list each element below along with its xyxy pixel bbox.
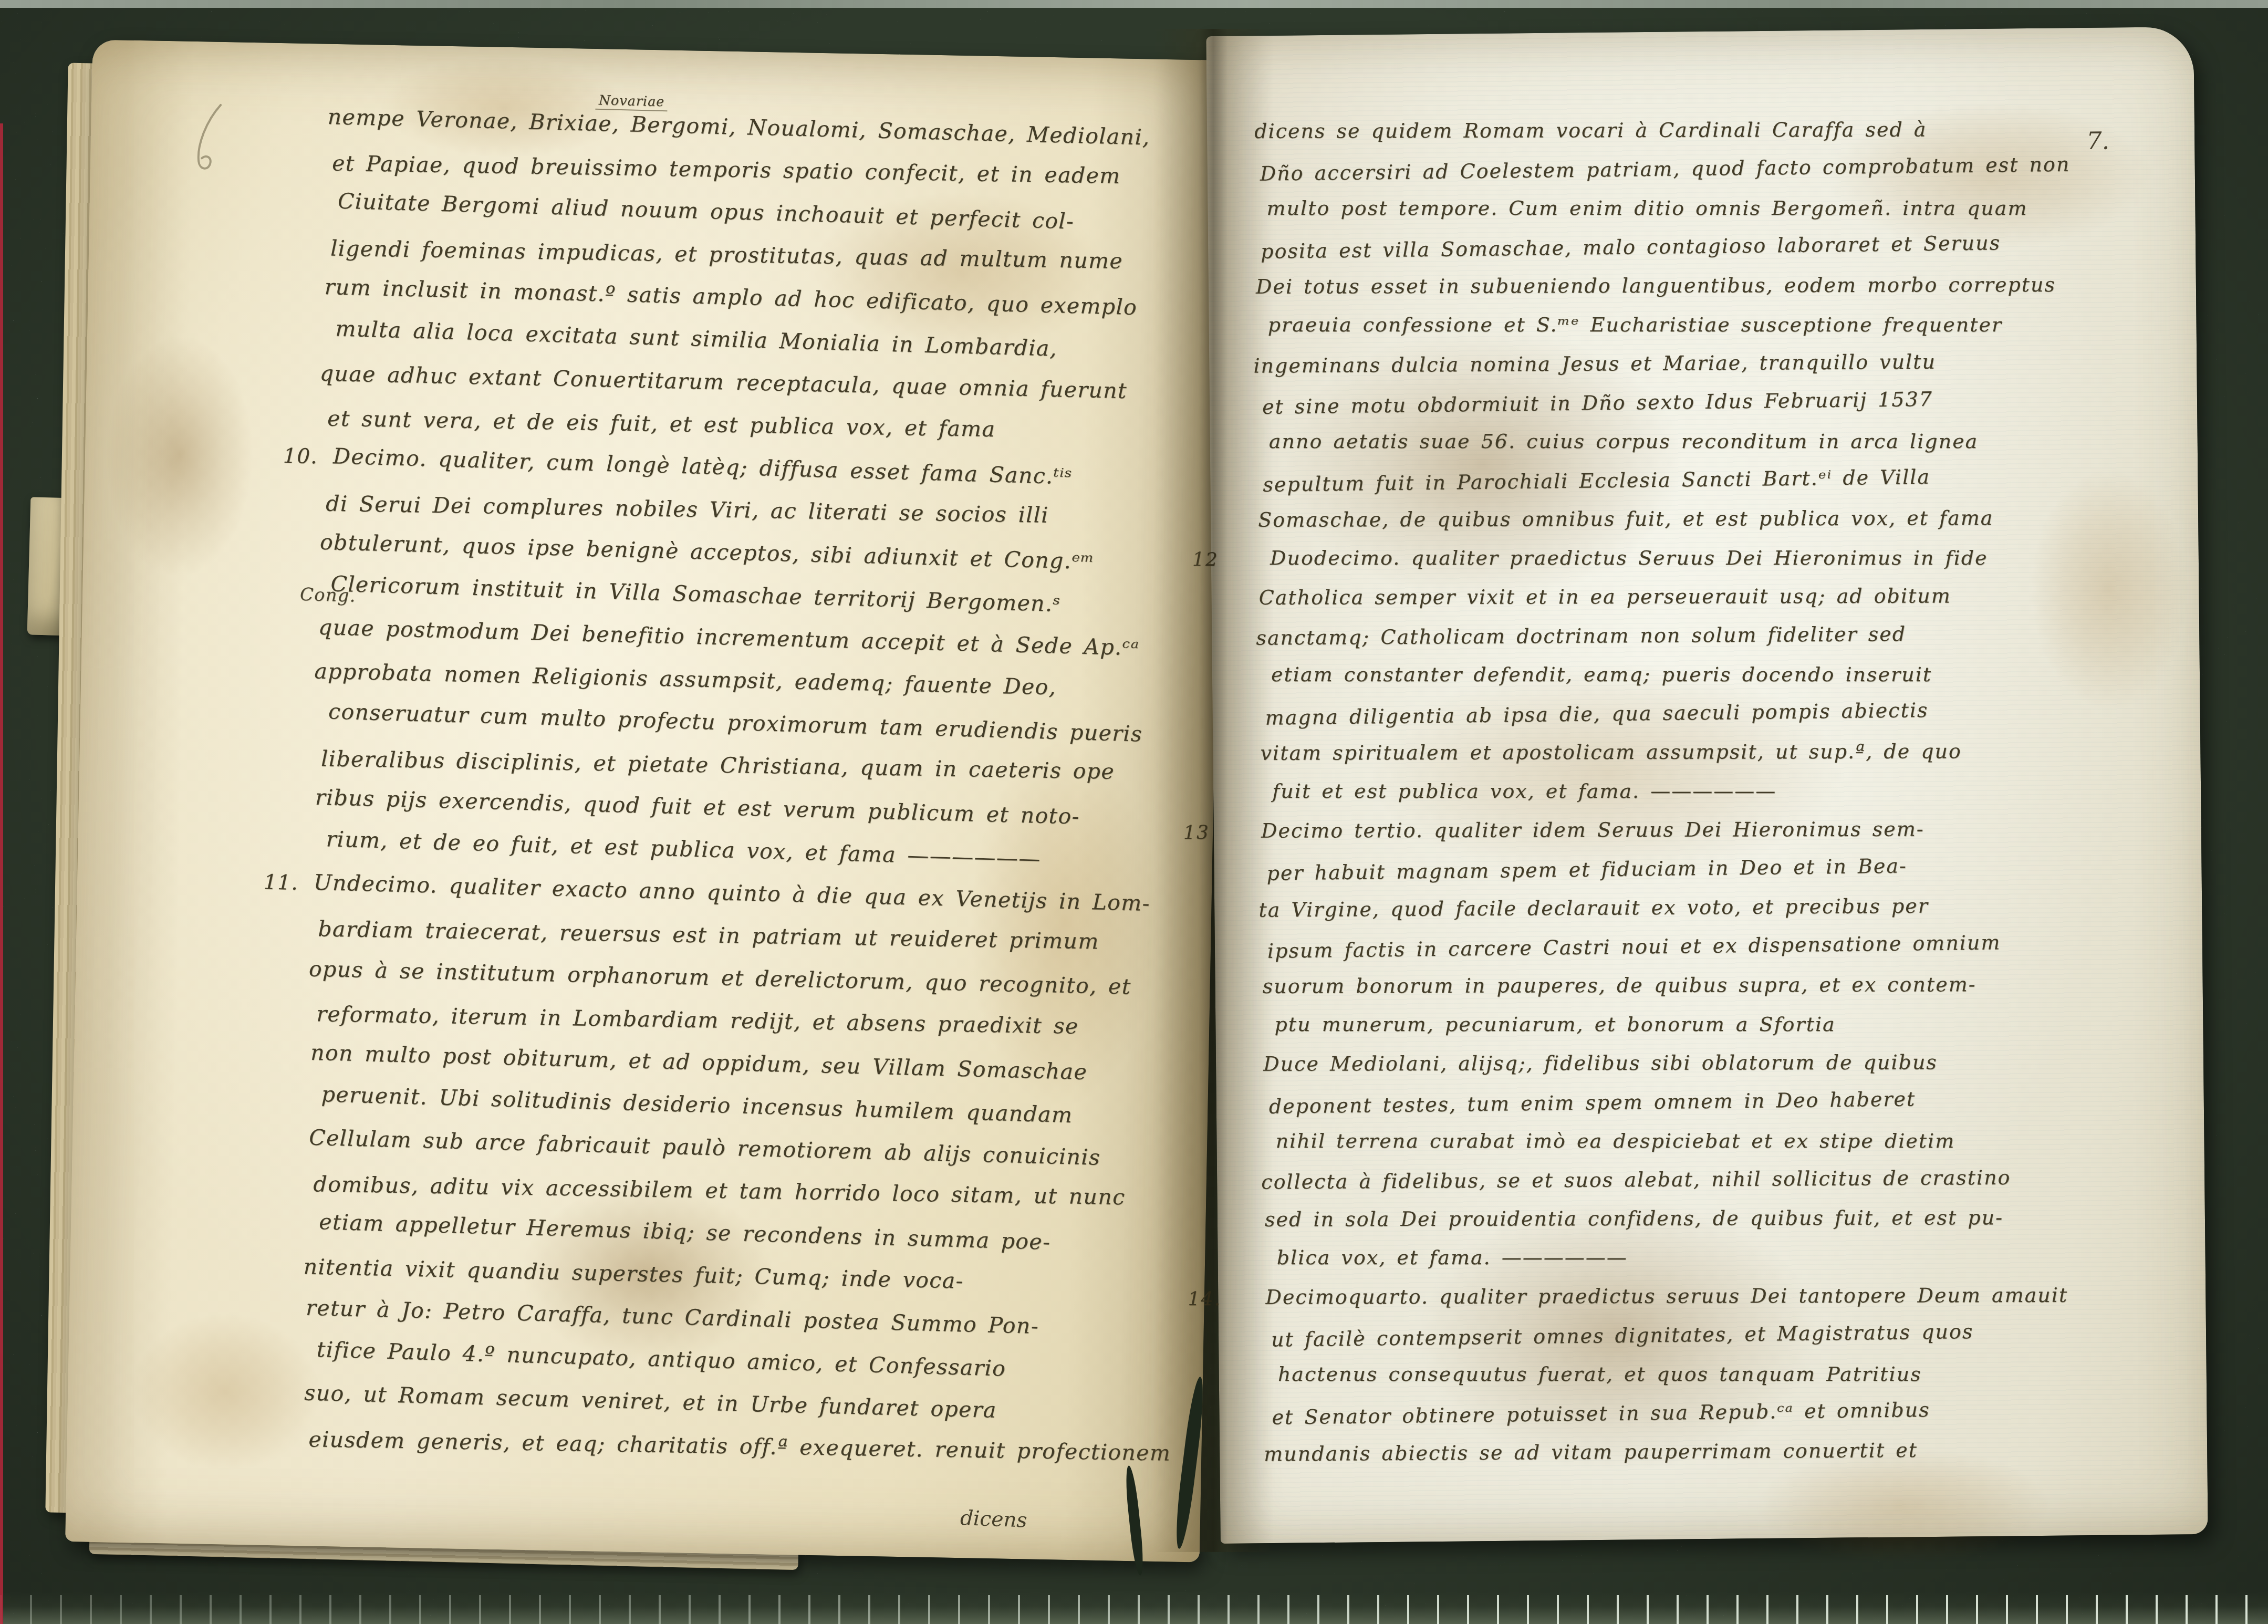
line-text: nempe Veronae, Brixiae, Bergomi, Noualom… bbox=[327, 104, 1150, 150]
manuscript-line: hactenus consequutus fuerat, et quos tan… bbox=[1278, 1362, 2088, 1401]
manuscript-line: dicens se quidem Romam vocari à Cardinal… bbox=[1254, 118, 2065, 159]
manuscript-line: ipsum factis in carcere Castri noui et e… bbox=[1267, 930, 2078, 978]
manuscript-line: Duce Mediolani, alijsq;, fidelibus sibi … bbox=[1263, 1050, 2074, 1091]
line-text: ta Virgine, quod facile declarauit ex vo… bbox=[1258, 894, 1929, 922]
line-text: blica vox, et fama. —————— bbox=[1277, 1246, 1628, 1269]
line-text: et Senator obtinere potuisset in sua Rep… bbox=[1272, 1398, 1930, 1429]
line-text: Decimoquarto. qualiter praedictus seruus… bbox=[1265, 1284, 2068, 1309]
line-text: dicens se quidem Romam vocari à Cardinal… bbox=[1254, 118, 1927, 142]
manuscript-line: et Senator obtinere potuisset in sua Rep… bbox=[1272, 1397, 2082, 1445]
manuscript-line: blica vox, et fama. —————— bbox=[1277, 1246, 2087, 1285]
manuscript-line: 12Duodecimo. qualiter praedictus Seruus … bbox=[1270, 546, 2080, 585]
manuscript-line: nihil terrena curabat imò ea despiciebat… bbox=[1276, 1129, 2086, 1168]
manuscript-line: sepultum fuit in Parochiali Ecclesia San… bbox=[1263, 464, 2073, 512]
manuscript-line: sed in sola Dei prouidentia confidens, d… bbox=[1265, 1206, 2075, 1247]
margin-note: Cong. bbox=[300, 584, 357, 606]
line-text: sanctamq; Catholicam doctrinam non solum… bbox=[1256, 622, 1906, 650]
line-text: anno aetatis suae 56. cuius corpus recon… bbox=[1269, 430, 1978, 453]
manuscript-line: multo post tempore. Cum enim ditio omnis… bbox=[1267, 196, 2077, 235]
manuscript-line: deponent testes, tum enim spem omnem in … bbox=[1269, 1086, 2079, 1134]
stain bbox=[104, 334, 255, 578]
manuscript-line: anno aetatis suae 56. cuius corpus recon… bbox=[1269, 430, 2079, 469]
line-text: Dei totus esset in subueniendo languenti… bbox=[1256, 273, 2056, 298]
line-text: sed in sola Dei prouidentia confidens, d… bbox=[1265, 1206, 2003, 1231]
line-text: Duodecimo. qualiter praedictus Seruus De… bbox=[1270, 546, 1988, 569]
manuscript-line: posita est villa Somaschae, malo contagi… bbox=[1261, 231, 2071, 279]
line-text: Catholica semper vixit et in ea perseuer… bbox=[1259, 584, 1951, 609]
ruler-ticks bbox=[0, 1595, 2268, 1624]
right-page-text: dicens se quidem Romam vocari à Cardinal… bbox=[1254, 114, 2077, 1483]
line-text: mundanis abiectis se ad vitam pauperrima… bbox=[1264, 1439, 1918, 1466]
manuscript-line: Dei totus esset in subueniendo languenti… bbox=[1256, 273, 2066, 314]
stain bbox=[130, 1311, 321, 1473]
line-text: etiam constanter defendit, eamq; pueris … bbox=[1271, 663, 1932, 686]
manuscript-line: 14.Decimoquarto. qualiter praedictus ser… bbox=[1265, 1284, 2076, 1325]
line-text: Duce Mediolani, alijsq;, fidelibus sibi … bbox=[1263, 1050, 1938, 1075]
line-text: fuit et est publica vox, et fama. —————— bbox=[1272, 779, 1776, 803]
left-page-text: nempe Veronae, Brixiae, Bergomi, Noualom… bbox=[303, 107, 1190, 1484]
manuscript-line: fuit et est publica vox, et fama. —————— bbox=[1272, 779, 2083, 818]
line-text: ptu munerum, pecuniarum, et bonorum a Sf… bbox=[1275, 1013, 1836, 1036]
manuscript-line: Catholica semper vixit et in ea perseuer… bbox=[1259, 584, 2069, 625]
manuscript-line: praeuia confessione et S.ᵐᵉ Eucharistiae… bbox=[1268, 313, 2078, 352]
paragraph-number: 13 bbox=[1183, 821, 1210, 844]
manuscript-line: ta Virgine, quod facile declarauit ex vo… bbox=[1258, 893, 2069, 937]
manuscript-line: 13Decimo tertio. qualiter idem Seruus De… bbox=[1261, 817, 2072, 858]
manuscript-line: etiam constanter defendit, eamq; pueris … bbox=[1271, 663, 2082, 702]
paragraph-number: 14. bbox=[1188, 1288, 1221, 1310]
manuscript-line: ptu munerum, pecuniarum, et bonorum a Sf… bbox=[1275, 1013, 2085, 1052]
line-text: multo post tempore. Cum enim ditio omnis… bbox=[1267, 196, 2028, 220]
line-text: collecta à fidelibus, se et suos alebat,… bbox=[1261, 1166, 2011, 1194]
manuscript-line: mundanis abiectis se ad vitam pauperrima… bbox=[1264, 1438, 2074, 1481]
manuscript-line: suorum bonorum in pauperes, de quibus su… bbox=[1263, 973, 2073, 1014]
line-text: Decimo tertio. qualiter idem Seruus Dei … bbox=[1261, 817, 1924, 842]
paragraph-number: 11. bbox=[264, 870, 299, 895]
photographic-scale-ruler bbox=[0, 1591, 2268, 1624]
manuscript-photo: nempe Veronae, Brixiae, Bergomi, Noualom… bbox=[0, 0, 2268, 1624]
left-edge-red-strip bbox=[0, 123, 3, 1624]
line-text: per habuit magnam spem et fiduciam in De… bbox=[1266, 854, 1907, 884]
line-text: sepultum fuit in Parochiali Ecclesia San… bbox=[1263, 465, 1930, 496]
catchword: dicens bbox=[960, 1506, 1027, 1533]
interlinear-insertion: Novariae bbox=[595, 92, 668, 111]
pen-flourish-mark bbox=[169, 99, 234, 179]
line-text: nihil terrena curabat imò ea despiciebat… bbox=[1276, 1129, 1955, 1152]
right-page: 7. dicens se quidem Romam vocari à Cardi… bbox=[1206, 27, 2208, 1544]
left-page: nempe Veronae, Brixiae, Bergomi, Noualom… bbox=[65, 39, 1227, 1562]
folio-number: 7. bbox=[2086, 127, 2109, 155]
manuscript-line: sanctamq; Catholicam doctrinam non solum… bbox=[1256, 621, 2066, 665]
manuscript-line: vitam spiritualem et apostolicam assumps… bbox=[1260, 740, 2071, 780]
line-text: Somaschae, de quibus omnibus fuit, et es… bbox=[1258, 506, 1993, 532]
manuscript-line: magna diligentia ab ipsa die, qua saecul… bbox=[1265, 697, 2075, 745]
line-text: praeuia confessione et S.ᵐᵉ Eucharistiae… bbox=[1268, 313, 2002, 336]
line-text: deponent testes, tum enim spem omnem in … bbox=[1269, 1087, 1916, 1118]
manuscript-line: per habuit magnam spem et fiduciam in De… bbox=[1266, 852, 2077, 901]
manuscript-line: collecta à fidelibus, se et suos alebat,… bbox=[1261, 1165, 2072, 1209]
paragraph-number: 12 bbox=[1192, 548, 1219, 570]
line-text: vitam spiritualem et apostolicam assumps… bbox=[1260, 740, 1961, 764]
line-text: posita est villa Somaschae, malo contagi… bbox=[1261, 231, 2001, 263]
line-text: ut facilè contempserit omnes dignitates,… bbox=[1271, 1320, 1974, 1351]
line-text: ingeminans dulcia nomina Jesus et Mariae… bbox=[1253, 350, 1936, 378]
top-edge-band bbox=[0, 0, 2268, 8]
manuscript-line: Dño accersiri ad Coelestem patriam, quod… bbox=[1260, 153, 2070, 201]
line-text: hactenus consequutus fuerat, et quos tan… bbox=[1278, 1362, 1922, 1386]
manuscript-line: ut facilè contempserit omnes dignitates,… bbox=[1271, 1319, 2082, 1367]
line-text: suorum bonorum in pauperes, de quibus su… bbox=[1263, 973, 1976, 998]
manuscript-line: ingeminans dulcia nomina Jesus et Mariae… bbox=[1253, 349, 2064, 393]
manuscript-line: Somaschae, de quibus omnibus fuit, et es… bbox=[1258, 506, 2068, 547]
line-text: magna diligentia ab ipsa die, qua saecul… bbox=[1265, 699, 1928, 730]
manuscript-line: et sine motu obdormiuit in Dño sexto Idu… bbox=[1262, 386, 2073, 434]
paragraph-number: 10. bbox=[283, 444, 318, 469]
